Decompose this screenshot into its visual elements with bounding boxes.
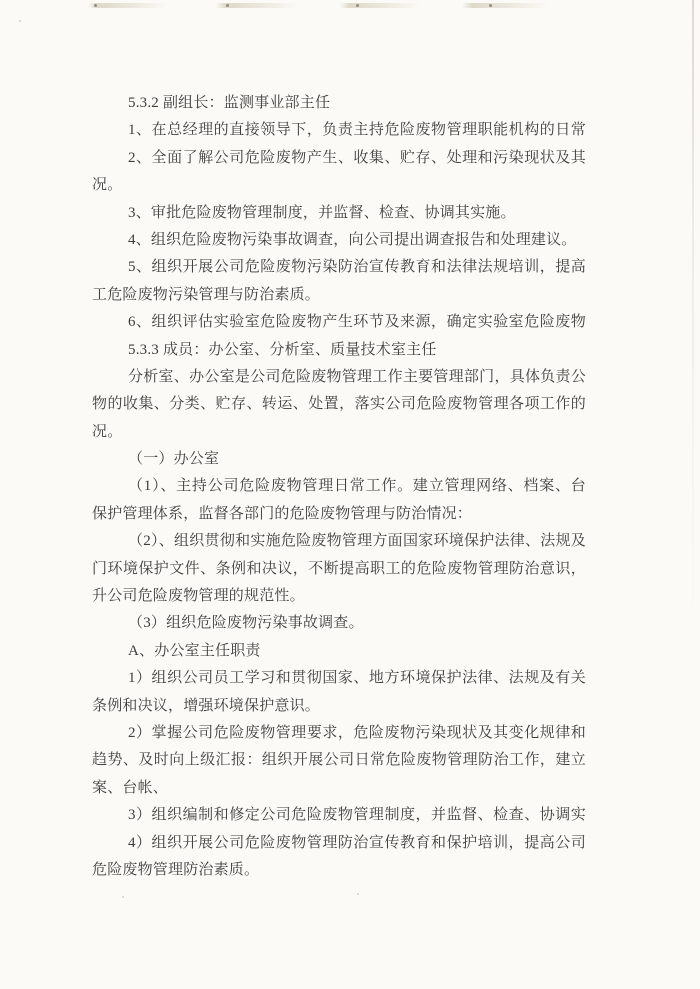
document-body: 5.3.2 副组长：监测事业部主任 1、在总经理的直接领导下，负责主持危险废物管… [92, 90, 586, 884]
text-line: 3）组织编制和修定公司危险废物管理制度，并监督、检查、协调实施。 [92, 802, 586, 829]
text-line: 保护管理体系，监督各部门的危险废物管理与防治情况： [92, 501, 586, 528]
text-line: 1、在总经理的直接领导下，负责主持危险废物管理职能机构的日常工作。 [92, 117, 586, 144]
text-line: 4、组织危险废物污染事故调查，向公司提出调查报告和处理建议。 [92, 227, 586, 254]
text-line: 趋势、及时向上级汇报：组织开展公司日常危险废物管理防治工作，建立建全档 [92, 747, 586, 774]
text-line: 案、台帐、 [92, 775, 586, 802]
text-line: 2）掌握公司危险废物管理要求，危险废物污染现状及其变化规律和发展 [92, 720, 586, 747]
text-line: 物的收集、分类、贮存、转运、处置，落实公司危险废物管理各项工作的实施情 [92, 391, 586, 418]
scan-dot-artifact [356, 4, 359, 7]
scan-speck-artifact [357, 893, 359, 895]
scan-dot-artifact [226, 4, 229, 7]
text-line: 分析室、办公室是公司危险废物管理工作主要管理部门，具体负责公司险废 [92, 364, 586, 391]
text-line: （1）、主持公司危险废物管理日常工作。建立管理网络、档案、台帐，完善 [92, 473, 586, 500]
text-line: 况。 [92, 172, 586, 199]
scan-streak-artifact [340, 3, 420, 8]
scanned-document-page: 5.3.2 副组长：监测事业部主任 1、在总经理的直接领导下，负责主持危险废物管… [0, 0, 700, 989]
scan-speck-artifact [19, 20, 21, 22]
text-line: 门环境保护文件、条例和决议，不断提高职工的危险废物管理防治意识，不断提 [92, 556, 586, 583]
text-line: 6、组织评估实验室危险废物产生环节及来源，确定实验室危险废物类别。 [92, 309, 586, 336]
text-line: 条例和决议，增强环境保护意识。 [92, 693, 586, 720]
text-line: 3、审批危险废物管理制度，并监督、检查、协调其实施。 [92, 200, 586, 227]
text-line: 4）组织开展公司危险废物管理防治宣传教育和保护培训，提高公司员工 [92, 830, 586, 857]
subsection-heading-office: （一）办公室 [92, 446, 586, 473]
scan-streak-artifact [88, 3, 168, 8]
text-line: 1）组织公司员工学习和贯彻国家、地方环境保护法律、法规及有关规定、 [92, 665, 586, 692]
text-line: 工危险废物污染管理与防治素质。 [92, 282, 586, 309]
scan-streak-artifact [462, 3, 548, 8]
scan-edge-artifact [692, 0, 694, 640]
text-line: （2）、组织贯彻和实施危险废物管理方面国家环境保护法律、法规及上级部 [92, 528, 586, 555]
text-line: 5、组织开展公司危险废物污染防治宣传教育和法律法规培训，提高公司员 [92, 254, 586, 281]
text-line: （3）组织危险废物污染事故调查。 [92, 610, 586, 637]
section-heading-5-3-2: 5.3.2 副组长：监测事业部主任 [92, 90, 586, 117]
scan-speck-artifact [122, 896, 124, 898]
scan-dot-artifact [489, 4, 492, 7]
section-heading-5-3-3: 5.3.3 成员：办公室、分析室、质量技术室主任 [92, 337, 586, 364]
text-line: 危险废物管理防治素质。 [92, 857, 586, 884]
text-line: 升公司危险废物管理的规范性。 [92, 583, 586, 610]
subsection-heading-office-director: A、办公室主任职责 [92, 638, 586, 665]
text-line: 况。 [92, 419, 586, 446]
text-line: 2、全面了解公司危险废物产生、收集、贮存、处理和污染现状及其变化情 [92, 145, 586, 172]
scan-dot-artifact [94, 4, 97, 7]
